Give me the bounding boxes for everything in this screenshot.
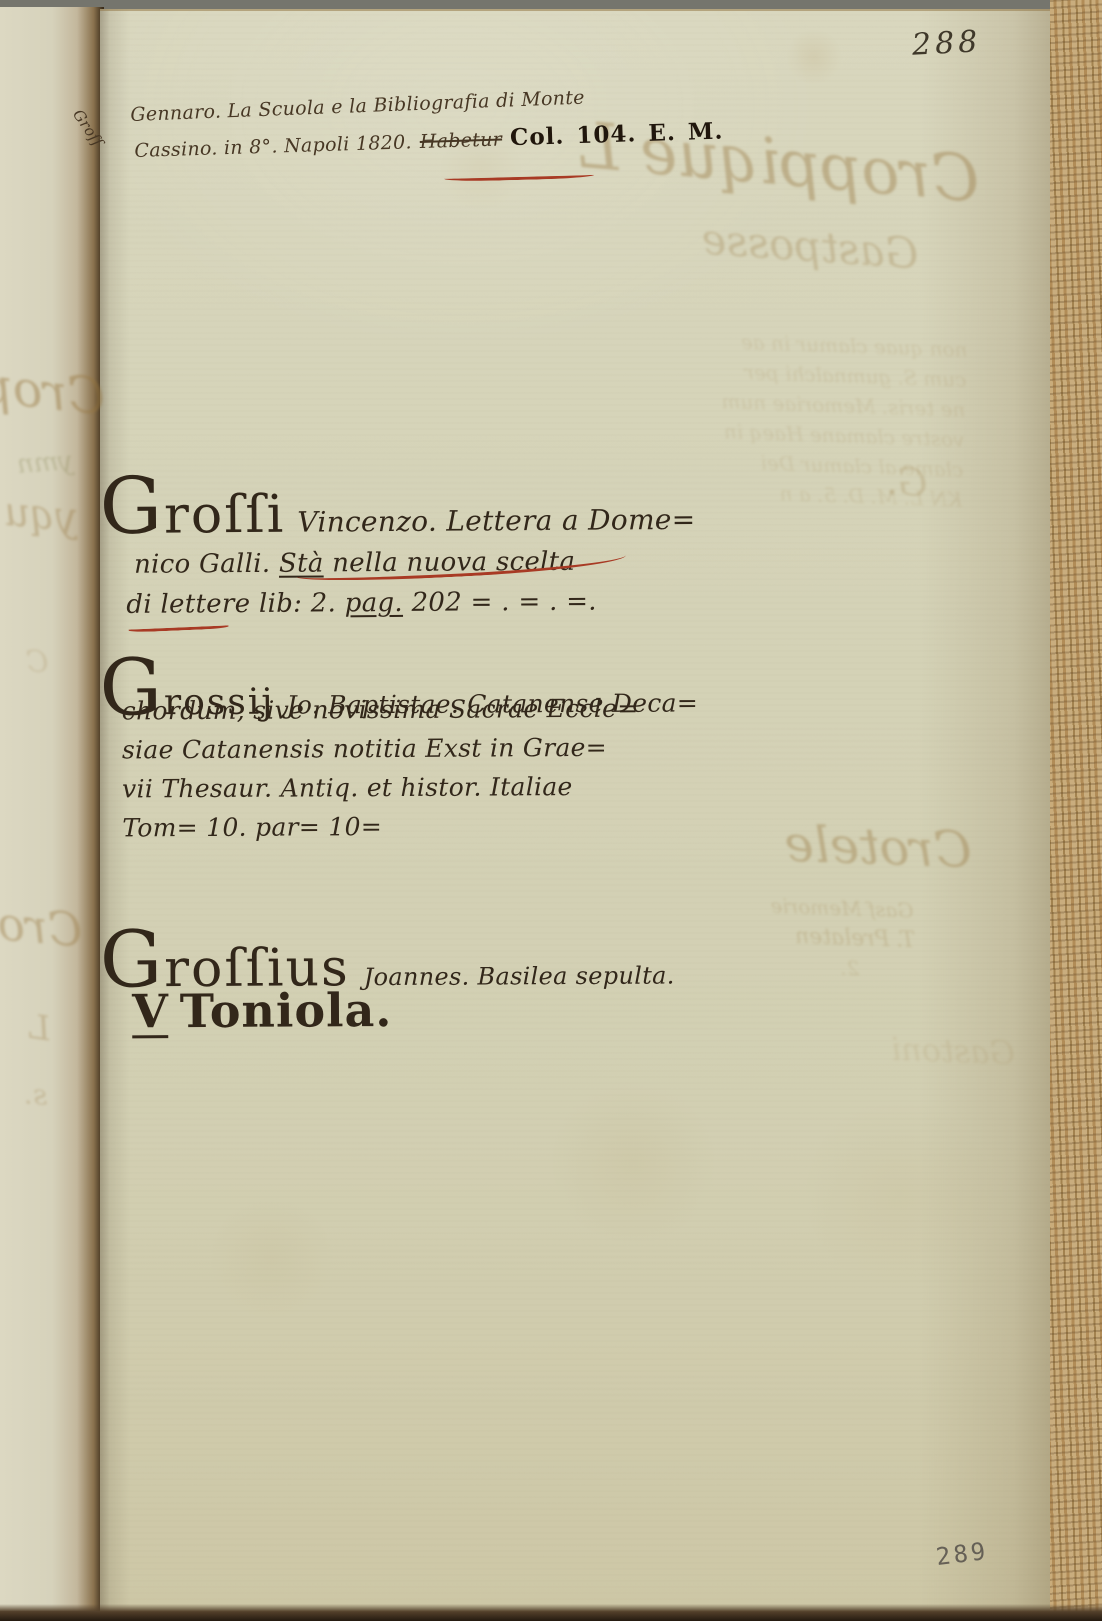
entry-line: di lettere lib: 2. pag. 202 = . = . =.	[126, 587, 597, 620]
entry-line-text: 202 = . = . =.	[403, 587, 597, 618]
folio-number: 288	[911, 24, 982, 63]
entry-body-lines: chordum, sive novissima Sacrae Eccle= si…	[122, 689, 640, 848]
entry-headword: Groſſi	[99, 467, 285, 546]
marginal-note-struck-word: Habetur	[419, 128, 502, 153]
entry-line-underlined-word: pag.	[345, 588, 403, 618]
entry-headline-rest: Vincenzo. Lettera a Dome=	[297, 503, 695, 539]
entry-line: vii Thesaur. Antiq. et histor. Italiae	[122, 767, 639, 809]
entry-headline-rest: Joannes. Basilea sepulta.	[364, 962, 675, 992]
entry-line-text: di lettere lib: 2.	[126, 588, 345, 620]
red-underline	[128, 621, 228, 632]
catalog-entry-grossius-joannes: Groſſius Joannes. Basilea sepulta. V Ton…	[100, 918, 681, 1061]
entry-line: chordum, sive novissima Sacrae Eccle=	[122, 689, 639, 731]
cross-ref-letter: V	[132, 987, 168, 1038]
scanned-catalog-page: Croppique L Gastposse non quae clamur in…	[0, 0, 1102, 1621]
entry-line: siae Catanensis notitia Exst in Grae=	[122, 728, 639, 770]
cross-ref-name: Toniola.	[180, 986, 393, 1035]
manuscript-scan-page: { "folio": { "top_number": "288", "botto…	[0, 0, 1102, 1621]
page-stack-deckle-edge	[1050, 0, 1102, 1621]
previous-page-edge	[0, 7, 104, 1611]
catalog-entry-grossij-baptistae: Grossij Jo. Baptistae. Catanense Deca= c…	[99, 646, 680, 879]
entry-line: Tom= 10. par= 10=	[122, 806, 639, 848]
catalog-entry-grossi-vincenzo: Groſſi Vincenzo. Lettera a Dome= nico Ga…	[99, 464, 680, 648]
entry-headline: Groſſi Vincenzo. Lettera a Dome=	[99, 464, 680, 546]
entry-cross-reference: V Toniola.	[132, 986, 392, 1039]
entry-line-text: nico Galli.	[134, 549, 279, 580]
book-bottom-edge	[0, 1604, 1102, 1621]
